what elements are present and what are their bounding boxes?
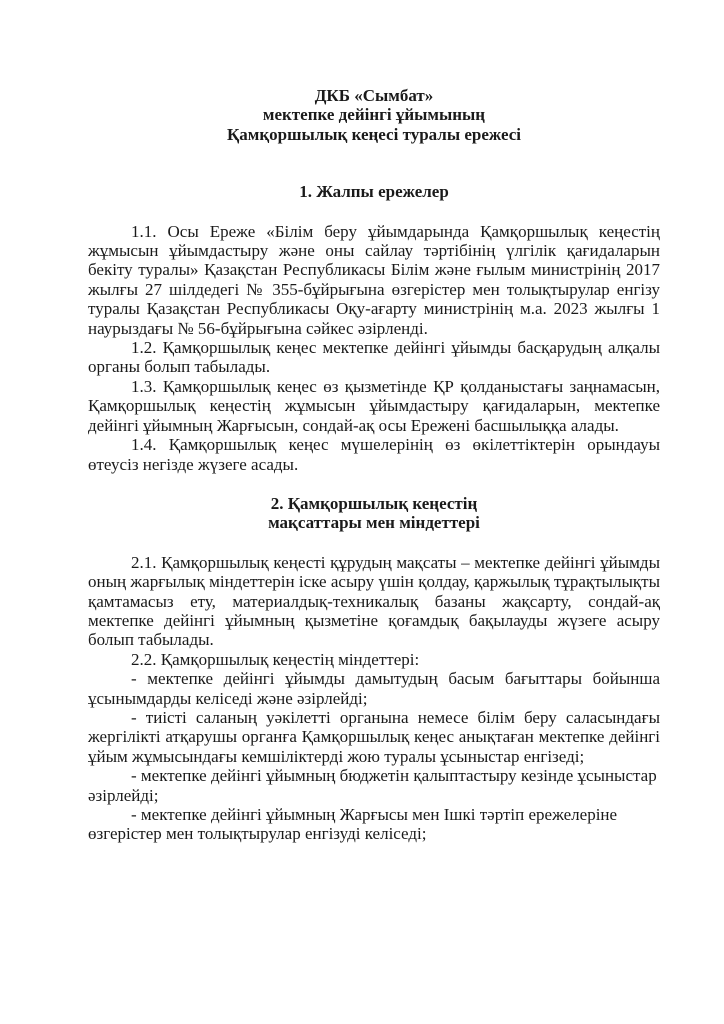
paragraph-2-1: 2.1. Қамқоршылық кеңесті құрудың мақсаты…: [88, 553, 660, 650]
section-2-heading-line-2: мақсаттары мен міндеттері: [88, 513, 660, 532]
title-line-2: мектепке дейінгі ұйымының: [88, 105, 660, 124]
list-item-2-2-3: - мектепке дейінгі ұйымның бюджетін қалы…: [88, 766, 660, 805]
section-2-heading-line-1: 2. Қамқоршылық кеңестің: [88, 494, 660, 513]
section-1: 1. Жалпы ережелер 1.1. Осы Ереже «Білім …: [88, 182, 660, 474]
list-item-2-2-1: - мектепке дейінгі ұйымды дамытудың басы…: [88, 669, 660, 708]
paragraph-1-3: 1.3. Қамқоршылық кеңес өз қызметінде ҚР …: [88, 377, 660, 435]
title-line-3: Қамқоршылық кеңесі туралы ережесі: [88, 125, 660, 144]
list-item-2-2-2: - тиісті саланың уәкілетті органына неме…: [88, 708, 660, 766]
section-2: 2. Қамқоршылық кеңестің мақсаттары мен м…: [88, 494, 660, 844]
document-title: ДКБ «Сымбат» мектепке дейінгі ұйымының Қ…: [88, 86, 660, 144]
document-page: ДКБ «Сымбат» мектепке дейінгі ұйымының Қ…: [88, 86, 660, 844]
title-line-1: ДКБ «Сымбат»: [88, 86, 660, 105]
paragraph-2-2: 2.2. Қамқоршылық кеңестің міндеттері:: [88, 650, 660, 669]
paragraph-1-2: 1.2. Қамқоршылық кеңес мектепке дейінгі …: [88, 338, 660, 377]
list-item-2-2-4: - мектепке дейінгі ұйымның Жарғысы мен І…: [88, 805, 660, 844]
paragraph-1-4: 1.4. Қамқоршылық кеңес мүшелерінің өз өк…: [88, 435, 660, 474]
paragraph-1-1: 1.1. Осы Ереже «Білім беру ұйымдарында Қ…: [88, 222, 660, 338]
section-1-heading: 1. Жалпы ережелер: [88, 182, 660, 201]
